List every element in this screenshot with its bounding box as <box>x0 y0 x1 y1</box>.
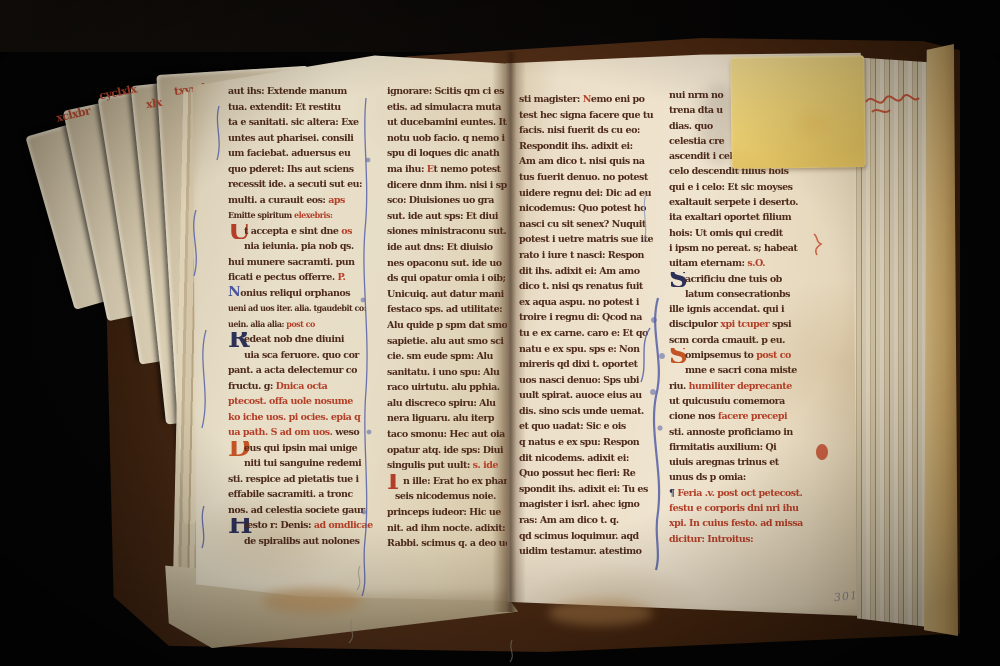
manuscript-text-line: ut ducebamini euntes. Ita <box>387 115 507 131</box>
text-segment: nit. ad ihm nocte. adixit: <box>387 523 505 534</box>
manuscript-text-line: test hec signa facere que tu <box>519 108 661 124</box>
manuscript-text-line: sapietie. alu aut smo sci <box>387 334 507 350</box>
text-segment: spu di loques dic anath <box>387 148 499 159</box>
text-segment: dit ihs. adixit ei: Am amo <box>519 266 640 277</box>
text-segment: Quo possut hec fieri: Re <box>519 468 635 479</box>
text-segment: tu e ex carne. caro e: Et qo <box>519 328 648 339</box>
text-segment: ex aqua aspu. no potest i <box>519 297 639 308</box>
manuscript-text-line: sanitatu. i uno spu: Alu <box>387 365 507 381</box>
text-segment: tua. extendit: Et restitu <box>228 102 341 113</box>
text-segment: latum consecrationbs <box>685 289 790 300</box>
text-segment: facere precepi <box>718 411 787 422</box>
manuscript-text-line: festu e corporis dni nri ihu <box>669 501 817 516</box>
text-segment: sanitatu. i uno spu: Alu <box>387 367 499 378</box>
manuscript-text-line: Alu quide p spm dat smo <box>387 318 507 334</box>
manuscript-text-line: uia sca feruore. quo cor <box>228 348 380 364</box>
text-segment: xpi tcuper <box>720 319 769 330</box>
text-segment: effabile sacramiti. a tronc <box>228 489 353 500</box>
illuminated-initial: N <box>228 286 240 298</box>
text-segment: de spiralibs aut nolones <box>244 536 360 547</box>
manuscript-text-line: natu e ex spu. sps e: Non <box>519 342 661 358</box>
text-segment: opatur atq. ide sps: Diui <box>387 445 503 456</box>
illuminated-initial: D <box>228 441 244 457</box>
text-segment: eus qui ipsin mai unige <box>244 443 357 454</box>
manuscript-text-line: discipulor xpi tcuper spsi <box>669 317 817 332</box>
text-segment: festu e corporis dni nri ihu <box>669 503 799 514</box>
manuscript-text-line: latum consecrationbs <box>669 287 817 302</box>
parchment-stain <box>548 600 653 626</box>
text-segment: ut ducebamini euntes. Ita <box>387 117 507 128</box>
manuscript-text-line: potest i uetre matris sue ite <box>519 232 661 248</box>
manuscript-text-line: nicodemus: Quo potest ho <box>519 201 661 217</box>
manuscript-text-line: ita exaltari oportet filium <box>669 210 817 225</box>
text-segment: nasci cu sit senex? Nuquit <box>519 219 646 230</box>
text-segment: dias. quo <box>669 121 713 132</box>
fore-edge-tab: xlx <box>145 96 163 111</box>
text-segment: omipsemus to <box>685 350 756 361</box>
manuscript-text-line: uos nasci denuo: Sps ubi <box>519 373 661 389</box>
manuscript-text-line: uein. alia alia: post co <box>228 317 380 333</box>
text-segment: magister i isrl. ahec igno <box>519 499 639 510</box>
manuscript-text-line: magister i isrl. ahec igno <box>519 497 661 513</box>
manuscript-text-line: Emitte spiritum elexebris: <box>228 208 380 224</box>
text-segment: alu discreco spiru: Alu <box>387 398 496 409</box>
text-segment: hois: Ut omis qui credit <box>669 228 783 239</box>
text-segment: um faciebat. aduersus eu <box>228 148 350 159</box>
manuscript-text-line: hois: Ut omis qui credit <box>669 226 817 241</box>
manuscript-text-line: ille ignis accendat. qui i <box>669 302 817 317</box>
text-segment: humiliter deprecante <box>689 381 792 392</box>
text-segment: uein. alia alia: <box>228 319 286 329</box>
text-segment: nicodemus: Quo potest ho <box>519 203 646 214</box>
text-segment: rato i iure t nasci: Respon <box>519 250 644 261</box>
manuscript-text-line: qd scimus loquimur. aqd <box>519 529 661 545</box>
manuscript-text-line: dico t. nisi qs renatus fuit <box>519 279 661 295</box>
manuscript-text-line: nasci cu sit senex? Nuquit <box>519 217 661 233</box>
manuscript-text-line: ut quicusuiu comemora <box>669 394 817 409</box>
text-segment: N <box>583 94 591 105</box>
manuscript-text-line: sti. respice ad pietatis tue i <box>228 472 380 488</box>
manuscript-text-line: In ille: Erat ho ex phari <box>387 474 507 490</box>
text-segment: recessit ide. a secuti sut eu: <box>228 179 362 190</box>
manuscript-text-line: mne e sacri cona miste <box>669 363 817 378</box>
illuminated-initial: S <box>669 348 685 363</box>
manuscript-text-line: uiuis aregnas trinus et <box>669 455 817 470</box>
text-segment: ma ihu: <box>387 164 427 175</box>
text-segment: iesto r: Denis: <box>244 520 314 531</box>
text-segment: t nemo potest <box>434 164 501 175</box>
text-segment: spondit ihs. adixit ei: Tu es <box>519 484 648 495</box>
text-segment: riu. <box>669 381 689 392</box>
text-segment: ta e sanitati. sic altera: Exe <box>228 117 359 128</box>
text-segment: ille ignis accendat. qui i <box>669 304 784 315</box>
text-segment: Emitte spiritum <box>228 210 294 220</box>
illuminated-initial: R <box>228 332 244 348</box>
text-segment: etis. ad simulacra muta <box>387 102 501 113</box>
text-segment: uidere regnu dei: Dic ad eu <box>519 188 651 199</box>
manuscript-text-line: ignorare: Scitis qm ci es <box>387 84 507 100</box>
text-segment: festaco sps. ad utilitate: <box>387 304 502 315</box>
text-segment: dico t. nisi qs renatus fuit <box>519 281 643 292</box>
text-segment: acrificiu dne tuis ob <box>685 274 782 285</box>
manuscript-text-line: spu di loques dic anath <box>387 146 507 162</box>
text-segment: troire i regnu di: Qcod na <box>519 312 642 323</box>
text-segment: cie. sm eude spm: Alu <box>387 351 493 362</box>
text-segment: quo pderet: Ihs aut sciens <box>228 164 354 175</box>
manuscript-text-line: taco smonu: Hec aut oia <box>387 427 507 443</box>
manuscript-text-line: Deus qui ipsin mai unige <box>228 441 380 457</box>
text-segment: n ille: Erat ho ex phari <box>403 476 507 487</box>
manuscript-text-line: etis. ad simulacra muta <box>387 100 507 116</box>
manuscript-column-b: ignorare: Scitis qm ci esetis. ad simula… <box>387 84 507 552</box>
manuscript-text-line: troire i regnu di: Qcod na <box>519 310 661 326</box>
text-segment: nia ieiunia. pia nob qs. <box>244 241 354 252</box>
text-segment: s. ide <box>473 460 498 471</box>
text-segment: ua path. S ad om uos. <box>228 427 335 438</box>
manuscript-text-line: festaco sps. ad utilitate: <box>387 302 507 318</box>
manuscript-text-line: uidim testamur. atestimo <box>519 544 661 560</box>
manuscript-text-line: dis. sino scis unde uemat. <box>519 404 661 420</box>
text-segment: sapietie. alu aut smo sci <box>387 336 503 347</box>
illuminated-initial: S <box>669 272 685 287</box>
manuscript-text-line: xpi. In cuius festo. ad missa <box>669 516 817 531</box>
manuscript-text-line: uitam eternam: s.O. <box>669 256 817 271</box>
text-segment: Am am dico t. nisi quis na <box>519 156 645 167</box>
manuscript-text-line: um faciebat. aduersus eu <box>228 146 380 162</box>
manuscript-text-line: ueni ad uos iter. alia. tgaudebit co: <box>228 301 380 317</box>
manuscript-text-line: siones ministraconu sut. <box>387 224 507 240</box>
text-segment: t accepta e sint dne <box>244 226 341 237</box>
manuscript-text-line: dicitur: Introitus: <box>669 532 817 547</box>
text-segment: natu e ex spu. sps e: Non <box>519 344 639 355</box>
manuscript-text-line: sco: Diuisiones uo gra <box>387 193 507 209</box>
illuminated-initial: H <box>228 518 244 534</box>
manuscript-text-line: mireris qd dixi t. oportet <box>519 357 661 373</box>
text-segment: Respondit ihs. adixit ei: <box>519 141 633 152</box>
manuscript-text-line: riu. humiliter deprecante <box>669 379 817 394</box>
manuscript-text-line: cione nos facere precepi <box>669 409 817 424</box>
text-segment: emo eni po <box>591 94 645 105</box>
manuscript-text-line: notu uob facio. q nemo i <box>387 131 507 147</box>
manuscript-text-line: exaltauit serpete i deserto. <box>669 195 817 210</box>
manuscript-text-line: uidere regnu dei: Dic ad eu <box>519 186 661 202</box>
text-segment: ad omdlicae <box>314 520 373 531</box>
manuscript-text-line: sut. ide aut sps: Et diui <box>387 209 507 225</box>
text-segment: Rabbi. scimus q. a deo ue <box>387 538 507 549</box>
text-segment: E <box>427 164 434 175</box>
manuscript-text-line: hui munere sacramti. pun <box>228 255 380 271</box>
text-segment: uult spirat. auoce eius au <box>519 390 642 401</box>
parchment-repair-patch <box>730 55 866 169</box>
manuscript-column-c: sti magister: Nemo eni potest hec signa … <box>519 92 661 560</box>
manuscript-column-a: aut ihs: Extende manumtua. extendit: Et … <box>228 84 380 549</box>
manuscript-text-line: dit ihs. adixit ei: Am amo <box>519 264 661 280</box>
manuscript-text-line: tua. extendit: Et restitu <box>228 100 380 116</box>
text-segment: ptecost. offa uole nosume <box>228 396 353 407</box>
text-segment: uiuis aregnas trinus et <box>669 457 779 468</box>
manuscript-text-line: ko iche uos. pi ocies. epia q <box>228 410 380 426</box>
text-segment: edeat nob dne diuini <box>244 334 344 345</box>
text-segment: seis nicodemus noie. <box>395 491 496 502</box>
text-segment: ueni ad uos iter. alia. tgaudebit co: <box>228 303 366 313</box>
text-segment: post co <box>286 319 315 329</box>
manuscript-text-line: facis. nisi fuerit ds cu eo: <box>519 123 661 139</box>
manuscript-text-line: de spiralibs aut nolones <box>228 534 380 550</box>
text-segment: unus ds p omia: <box>669 472 746 483</box>
text-segment: untes aut pharisei. consili <box>228 133 353 144</box>
manuscript-text-line: cie. sm eude spm: Alu <box>387 349 507 365</box>
text-segment: nera liguaru. alu iterp <box>387 413 494 424</box>
text-segment: aps <box>328 195 345 206</box>
manuscript-text-line: nit. ad ihm nocte. adixit: <box>387 521 507 537</box>
manuscript-text-line: princeps iudeor: Hic ue <box>387 505 507 521</box>
manuscript-text-line: niti tui sanguine redemi <box>228 456 380 472</box>
text-segment: nes opaconu sut. ide uo <box>387 258 502 269</box>
manuscript-text-line: nera liguaru. alu iterp <box>387 411 507 427</box>
manuscript-text-line: scm corda cmauit. p eu. <box>669 333 817 348</box>
manuscript-text-line: recessit ide. a secuti sut eu: <box>228 177 380 193</box>
text-segment: Alu quide p spm dat smo <box>387 320 507 331</box>
manuscript-text-line: Redeat nob dne diuini <box>228 332 380 348</box>
illuminated-initial: U <box>228 224 244 240</box>
manuscript-text-line: effabile sacramiti. a tronc <box>228 487 380 503</box>
text-segment: os <box>341 226 352 237</box>
manuscript-text-line: raco uirtutu. alu pphia. <box>387 380 507 396</box>
text-segment: et quo uadat: Sic e ois <box>519 421 626 432</box>
text-segment: niti tui sanguine redemi <box>244 458 361 469</box>
manuscript-text-line: dicere dnm ihm. nisi i spu <box>387 178 507 194</box>
text-segment: elexebris: <box>294 210 332 220</box>
manuscript-photo: xclxbr cyclxlx xlx txyxrb aut ihs: Exten… <box>0 0 1000 666</box>
text-segment: uitam eternam: <box>669 258 747 269</box>
text-segment: uos nasci denuo: Sps ubi <box>519 375 639 386</box>
manuscript-text-line: nos. ad celestia societe gaur <box>228 503 380 519</box>
text-segment: q natus e ex spu: Respon <box>519 437 639 448</box>
text-segment: fructu. g: <box>228 381 276 392</box>
text-segment: sco: Diuisiones uo gra <box>387 195 494 206</box>
text-segment: ras: Am am dico t. q. <box>519 515 619 526</box>
text-segment: Unicuiq. aut datur mani <box>387 289 504 300</box>
manuscript-text-line: Somipsemus to post co <box>669 348 817 363</box>
text-segment: exaltauit serpete i deserto. <box>669 197 798 208</box>
text-segment: raco uirtutu. alu pphia. <box>387 382 500 393</box>
text-segment: aut ihs: Extende manum <box>228 86 347 97</box>
text-segment: uia sca feruore. quo cor <box>244 350 359 361</box>
manuscript-text-line: ex aqua aspu. no potest i <box>519 295 661 311</box>
manuscript-text-line: Sacrificiu dne tuis ob <box>669 272 817 287</box>
text-segment: sti magister: <box>519 94 583 105</box>
text-segment: nui nrm no <box>669 90 723 101</box>
manuscript-text-line: rato i iure t nasci: Respon <box>519 248 661 264</box>
text-segment: dit nicodems. adixit ei: <box>519 453 629 464</box>
outer-leaf-edge <box>924 44 958 636</box>
manuscript-text-line: uult spirat. auoce eius au <box>519 388 661 404</box>
manuscript-text-line: Unicuiq. aut datur mani <box>387 287 507 303</box>
manuscript-text-line: i ipsm no pereat. s; habeat <box>669 241 817 256</box>
text-segment: qd scimus loquimur. aqd <box>519 531 639 542</box>
text-segment: notu uob facio. q nemo i <box>387 133 505 144</box>
manuscript-text-line: et quo uadat: Sic e ois <box>519 419 661 435</box>
text-segment: ko iche uos. pi ocies. epia q <box>228 412 360 423</box>
manuscript-text-line: ficati e pectus offerre. P. <box>228 270 380 286</box>
manuscript-text-line: spondit ihs. adixit ei: Tu es <box>519 482 661 498</box>
text-segment: sti. annoste proficiamo in <box>669 427 793 438</box>
text-segment: nos. ad celestia societe gaur <box>228 505 365 516</box>
text-segment: ut quicusuiu comemora <box>669 396 785 407</box>
text-segment: post co <box>756 350 791 361</box>
manuscript-text-line: ¶ Feria .v. post oct petecost. <box>669 486 817 501</box>
text-segment: i ipsm no pereat. s; habeat <box>669 243 797 254</box>
text-segment: sut. ide aut sps: Et diui <box>387 211 498 222</box>
manuscript-text-line: ide aut dns: Et diuisio <box>387 240 507 256</box>
manuscript-text-line: ptecost. offa uole nosume <box>228 394 380 410</box>
manuscript-text-line: sti magister: Nemo eni po <box>519 92 661 108</box>
text-segment: tus fuerit denuo. no potest <box>519 172 648 183</box>
text-segment: ficati e pectus offerre. <box>228 272 337 283</box>
text-segment: ide aut dns: Et diuisio <box>387 242 493 253</box>
text-segment: pant. a acta delectemur co <box>228 365 357 376</box>
manuscript-text-line: ma ihu: Et nemo potest <box>387 162 507 178</box>
manuscript-text-line: ras: Am am dico t. q. <box>519 513 661 529</box>
manuscript-text-line: singulis put uult: s. ide <box>387 458 507 474</box>
text-segment: ds qui opatur omia i oib; <box>387 273 505 284</box>
manuscript-text-line: multi. a curauit eos: aps <box>228 193 380 209</box>
manuscript-text-line: q natus e ex spu: Respon <box>519 435 661 451</box>
manuscript-text-line: pant. a acta delectemur co <box>228 363 380 379</box>
text-segment: P. <box>337 272 345 283</box>
text-segment: cione nos <box>669 411 718 422</box>
manuscript-text-line: Rabbi. scimus q. a deo ue <box>387 536 507 552</box>
text-segment: scm corda cmauit. p eu. <box>669 335 785 346</box>
manuscript-text-line: quo pderet: Ihs aut sciens <box>228 162 380 178</box>
text-segment: firmitatis auxilium: Qi <box>669 442 776 453</box>
illuminated-initial: I <box>387 474 403 490</box>
text-segment: ignorare: Scitis qm ci es <box>387 86 504 97</box>
text-segment: singulis put uult: <box>387 460 473 471</box>
manuscript-text-line: Respondit ihs. adixit ei: <box>519 139 661 155</box>
text-segment: taco smonu: Hec aut oia <box>387 429 505 440</box>
text-segment: test hec signa facere que tu <box>519 110 653 121</box>
text-segment: dicitur: Introitus: <box>669 534 753 545</box>
text-segment: uidim testamur. atestimo <box>519 546 641 557</box>
text-segment: hui munere sacramti. pun <box>228 257 355 268</box>
manuscript-text-line: Nonius reliqui orphanos <box>228 286 380 302</box>
manuscript-text-line: nia ieiunia. pia nob qs. <box>228 239 380 255</box>
manuscript-text-line: untes aut pharisei. consili <box>228 131 380 147</box>
manuscript-text-line: sti. annoste proficiamo in <box>669 425 817 440</box>
manuscript-text-line: nes opaconu sut. ide uo <box>387 256 507 272</box>
text-segment: discipulor <box>669 319 720 330</box>
manuscript-text-line: fructu. g: Dnica octa <box>228 379 380 395</box>
manuscript-text-line: Ut accepta e sint dne os <box>228 224 380 240</box>
manuscript-text-line: aut ihs: Extende manum <box>228 84 380 100</box>
text-segment: Dnica octa <box>276 381 328 392</box>
text-segment: celestia cre <box>669 136 724 147</box>
manuscript-text-line: alu discreco spiru: Alu <box>387 396 507 412</box>
text-segment: qui e i celo: Et sic moyses <box>669 182 792 193</box>
text-segment: facis. nisi fuerit ds cu eo: <box>519 125 640 136</box>
text-segment: Feria .v. post oct petecost. <box>677 488 802 499</box>
folio-number: 301 <box>833 589 858 604</box>
manuscript-text-line: firmitatis auxilium: Qi <box>669 440 817 455</box>
text-segment: trena dta u <box>669 105 723 116</box>
manuscript-text-line: Quo possut hec fieri: Re <box>519 466 661 482</box>
manuscript-text-line: tus fuerit denuo. no potest <box>519 170 661 186</box>
text-segment: onius reliqui orphanos <box>240 288 350 299</box>
text-segment: mireris qd dixi t. oportet <box>519 359 638 370</box>
text-segment: weso <box>335 427 359 438</box>
manuscript-text-line: dit nicodems. adixit ei: <box>519 451 661 467</box>
text-segment: dicere dnm ihm. nisi i spu <box>387 180 507 191</box>
manuscript-text-line: qui e i celo: Et sic moyses <box>669 180 817 195</box>
manuscript-text-line: tu e ex carne. caro e: Et qo <box>519 326 661 342</box>
parchment-stain <box>262 588 362 614</box>
manuscript-text-line: Am am dico t. nisi quis na <box>519 154 661 170</box>
text-segment: spsi <box>769 319 791 330</box>
manuscript-text-line: seis nicodemus noie. <box>387 489 507 505</box>
text-segment: s.O. <box>747 258 765 269</box>
text-segment: multi. a curauit eos: <box>228 195 328 206</box>
manuscript-text-line: ds qui opatur omia i oib; <box>387 271 507 287</box>
manuscript-text-line: ua path. S ad om uos. weso <box>228 425 380 441</box>
text-segment: potest i uetre matris sue ite <box>519 234 653 245</box>
text-segment: dis. sino scis unde uemat. <box>519 406 644 417</box>
text-segment: mne e sacri cona miste <box>685 365 797 376</box>
text-segment: siones ministraconu sut. <box>387 226 506 237</box>
manuscript-text-line: opatur atq. ide sps: Diui <box>387 443 507 459</box>
text-segment: ita exaltari oportet filium <box>669 212 791 223</box>
manuscript-text-line: unus ds p omia: <box>669 470 817 485</box>
manuscript-text-line: ta e sanitati. sic altera: Exe <box>228 115 380 131</box>
text-segment: sti. respice ad pietatis tue i <box>228 474 359 485</box>
text-segment: xpi. In cuius festo. ad missa <box>669 518 803 529</box>
manuscript-text-line: Hiesto r: Denis: ad omdlicae <box>228 518 380 534</box>
text-segment: princeps iudeor: Hic ue <box>387 507 501 518</box>
